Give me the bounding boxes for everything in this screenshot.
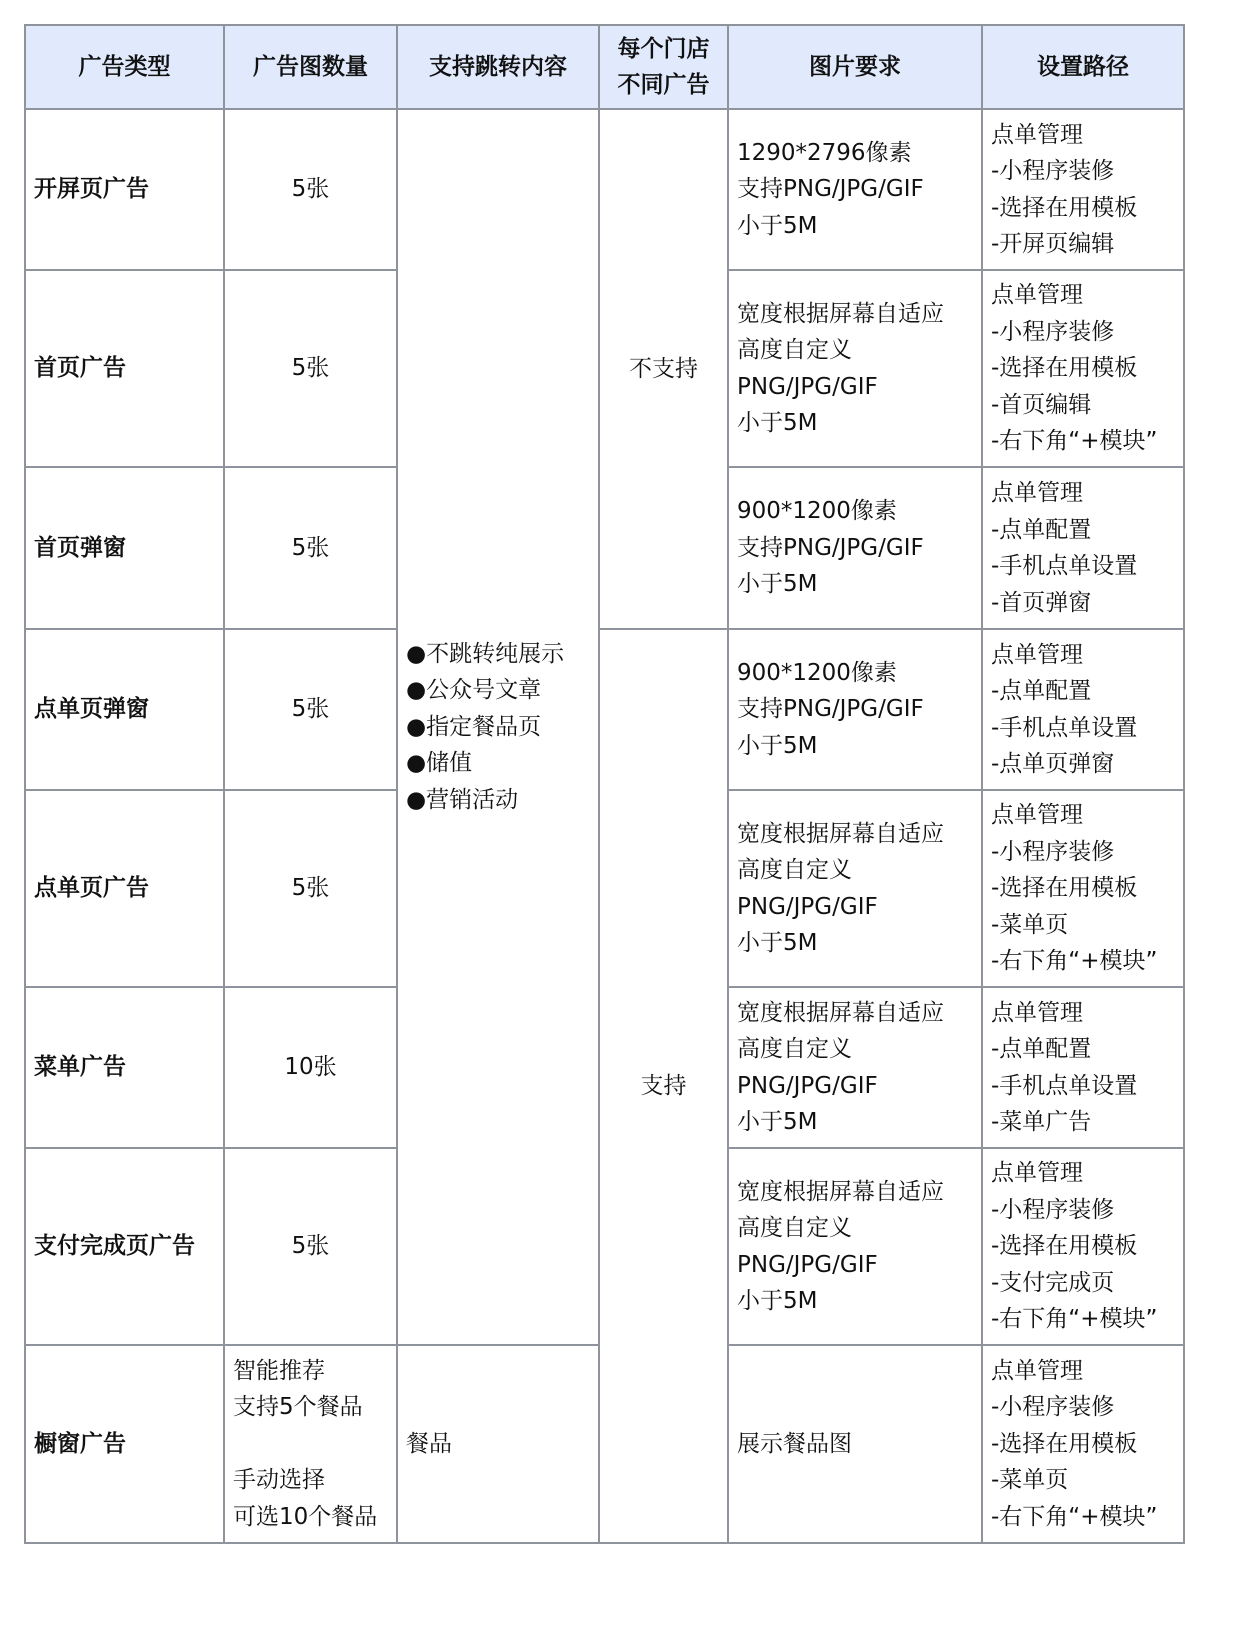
image-req-line: 高度自定义 [737,332,973,369]
image-req-line: PNG/JPG/GIF [737,1247,973,1284]
image-count-cell: 10张 [224,987,397,1148]
path-line: -选择在用模板 [991,870,1175,907]
image-req-line: PNG/JPG/GIF [737,369,973,406]
setting-path-cell: 点单管理 -小程序装修 -选择在用模板 -菜单页 -右下角“+模块” [982,1345,1184,1543]
table-row: 开屏页广告 5张 ●不跳转纯展示 ●公众号文章 ●指定餐品页 ●储值 ●营销活动… [25,109,1184,270]
per-store-diff-cell: 不支持 [599,109,728,629]
setting-path-cell: 点单管理 -小程序装修 -选择在用模板 -首页编辑 -右下角“+模块” [982,270,1184,467]
image-req-line: 小于5M [737,208,973,245]
image-req-line: PNG/JPG/GIF [737,1068,973,1105]
ad-types-table: 广告类型 广告图数量 支持跳转内容 每个门店 不同广告 图片要求 设置路径 开屏… [24,24,1185,1544]
setting-path-cell: 点单管理 -点单配置 -手机点单设置 -菜单广告 [982,987,1184,1148]
path-line: -小程序装修 [991,153,1175,190]
path-line: -点单配置 [991,673,1175,710]
path-line: -点单配置 [991,1031,1175,1068]
image-req-line: 支持PNG/JPG/GIF [737,691,973,728]
path-line: -菜单广告 [991,1104,1175,1141]
path-line: -点单配置 [991,512,1175,549]
image-req-cell: 宽度根据屏幕自适应 高度自定义 PNG/JPG/GIF 小于5M [728,1148,982,1345]
header-per-store-diff-line: 不同广告 [608,67,719,103]
path-line: -选择在用模板 [991,350,1175,387]
header-jump-content: 支持跳转内容 [397,25,599,109]
path-line: -小程序装修 [991,314,1175,351]
path-line: -手机点单设置 [991,710,1175,747]
image-count-cell: 5张 [224,790,397,987]
ad-type-cell: 首页弹窗 [25,467,224,629]
image-req-line: 宽度根据屏幕自适应 [737,816,973,853]
jump-content-cell: 餐品 [397,1345,599,1543]
per-store-diff-cell: 支持 [599,629,728,1543]
ad-type-cell: 橱窗广告 [25,1345,224,1543]
path-line: -右下角“+模块” [991,423,1175,460]
image-req-line: 支持PNG/JPG/GIF [737,530,973,567]
image-req-cell: 1290*2796像素 支持PNG/JPG/GIF 小于5M [728,109,982,270]
image-req-cell: 展示餐品图 [728,1345,982,1543]
header-per-store-diff-line: 每个门店 [608,31,719,67]
image-req-line: 高度自定义 [737,852,973,889]
path-line: -支付完成页 [991,1265,1175,1302]
image-req-line: 900*1200像素 [737,655,973,692]
jump-option: ●公众号文章 [406,672,590,709]
image-req-cell: 900*1200像素 支持PNG/JPG/GIF 小于5M [728,467,982,629]
path-line: -右下角“+模块” [991,1301,1175,1338]
setting-path-cell: 点单管理 -点单配置 -手机点单设置 -首页弹窗 [982,467,1184,629]
image-req-line: 高度自定义 [737,1210,973,1247]
setting-path-cell: 点单管理 -小程序装修 -选择在用模板 -菜单页 -右下角“+模块” [982,790,1184,987]
image-req-cell: 900*1200像素 支持PNG/JPG/GIF 小于5M [728,629,982,790]
header-setting-path: 设置路径 [982,25,1184,109]
ad-type-cell: 点单页弹窗 [25,629,224,790]
image-count-cell: 智能推荐 支持5个餐品 手动选择 可选10个餐品 [224,1345,397,1543]
count-line: 智能推荐 [233,1353,388,1390]
path-line: -小程序装修 [991,834,1175,871]
image-req-line: 支持PNG/JPG/GIF [737,171,973,208]
path-line: -首页弹窗 [991,585,1175,622]
image-req-line: 小于5M [737,1283,973,1320]
path-line: -右下角“+模块” [991,943,1175,980]
ad-type-cell: 首页广告 [25,270,224,467]
path-line: -右下角“+模块” [991,1499,1175,1536]
count-line: 手动选择 [233,1462,388,1499]
image-req-line: 小于5M [737,728,973,765]
count-spacer [233,1426,388,1463]
path-line: 点单管理 [991,475,1175,512]
image-req-line: 小于5M [737,1104,973,1141]
path-line: -手机点单设置 [991,548,1175,585]
image-req-line: 宽度根据屏幕自适应 [737,1174,973,1211]
ad-type-cell: 菜单广告 [25,987,224,1148]
ad-type-cell: 点单页广告 [25,790,224,987]
path-line: 点单管理 [991,797,1175,834]
jump-option: ●营销活动 [406,782,590,819]
table-row: 点单页弹窗 5张 支持 900*1200像素 支持PNG/JPG/GIF 小于5… [25,629,1184,790]
image-req-cell: 宽度根据屏幕自适应 高度自定义 PNG/JPG/GIF 小于5M [728,790,982,987]
path-line: 点单管理 [991,1353,1175,1390]
path-line: -选择在用模板 [991,1426,1175,1463]
ad-type-cell: 支付完成页广告 [25,1148,224,1345]
count-line: 支持5个餐品 [233,1389,388,1426]
path-line: -菜单页 [991,1462,1175,1499]
image-req-cell: 宽度根据屏幕自适应 高度自定义 PNG/JPG/GIF 小于5M [728,987,982,1148]
header-ad-type: 广告类型 [25,25,224,109]
header-image-count: 广告图数量 [224,25,397,109]
image-req-line: 小于5M [737,925,973,962]
image-count-cell: 5张 [224,270,397,467]
jump-option: ●指定餐品页 [406,709,590,746]
image-req-line: 高度自定义 [737,1031,973,1068]
ad-type-cell: 开屏页广告 [25,109,224,270]
image-req-line: PNG/JPG/GIF [737,889,973,926]
path-line: 点单管理 [991,995,1175,1032]
image-req-line: 展示餐品图 [737,1426,973,1463]
image-count-cell: 5张 [224,109,397,270]
path-line: -小程序装修 [991,1192,1175,1229]
path-line: 点单管理 [991,637,1175,674]
path-line: 点单管理 [991,277,1175,314]
header-per-store-diff: 每个门店 不同广告 [599,25,728,109]
path-line: -首页编辑 [991,387,1175,424]
path-line: -手机点单设置 [991,1068,1175,1105]
path-line: 点单管理 [991,1155,1175,1192]
image-req-line: 900*1200像素 [737,493,973,530]
image-count-cell: 5张 [224,1148,397,1345]
image-req-line: 小于5M [737,405,973,442]
jump-option: ●不跳转纯展示 [406,636,590,673]
jump-option: ●储值 [406,745,590,782]
path-line: -菜单页 [991,907,1175,944]
table-header-row: 广告类型 广告图数量 支持跳转内容 每个门店 不同广告 图片要求 设置路径 [25,25,1184,109]
image-req-line: 小于5M [737,566,973,603]
path-line: 点单管理 [991,117,1175,154]
path-line: -开屏页编辑 [991,226,1175,263]
setting-path-cell: 点单管理 -点单配置 -手机点单设置 -点单页弹窗 [982,629,1184,790]
setting-path-cell: 点单管理 -小程序装修 -选择在用模板 -支付完成页 -右下角“+模块” [982,1148,1184,1345]
path-line: -小程序装修 [991,1389,1175,1426]
header-image-requirements: 图片要求 [728,25,982,109]
image-count-cell: 5张 [224,467,397,629]
path-line: -选择在用模板 [991,1228,1175,1265]
image-count-cell: 5张 [224,629,397,790]
image-req-line: 1290*2796像素 [737,135,973,172]
setting-path-cell: 点单管理 -小程序装修 -选择在用模板 -开屏页编辑 [982,109,1184,270]
path-line: -选择在用模板 [991,190,1175,227]
image-req-cell: 宽度根据屏幕自适应 高度自定义 PNG/JPG/GIF 小于5M [728,270,982,467]
jump-content-cell: ●不跳转纯展示 ●公众号文章 ●指定餐品页 ●储值 ●营销活动 [397,109,599,1345]
count-line: 可选10个餐品 [233,1499,388,1536]
path-line: -点单页弹窗 [991,746,1175,783]
image-req-line: 宽度根据屏幕自适应 [737,296,973,333]
image-req-line: 宽度根据屏幕自适应 [737,995,973,1032]
